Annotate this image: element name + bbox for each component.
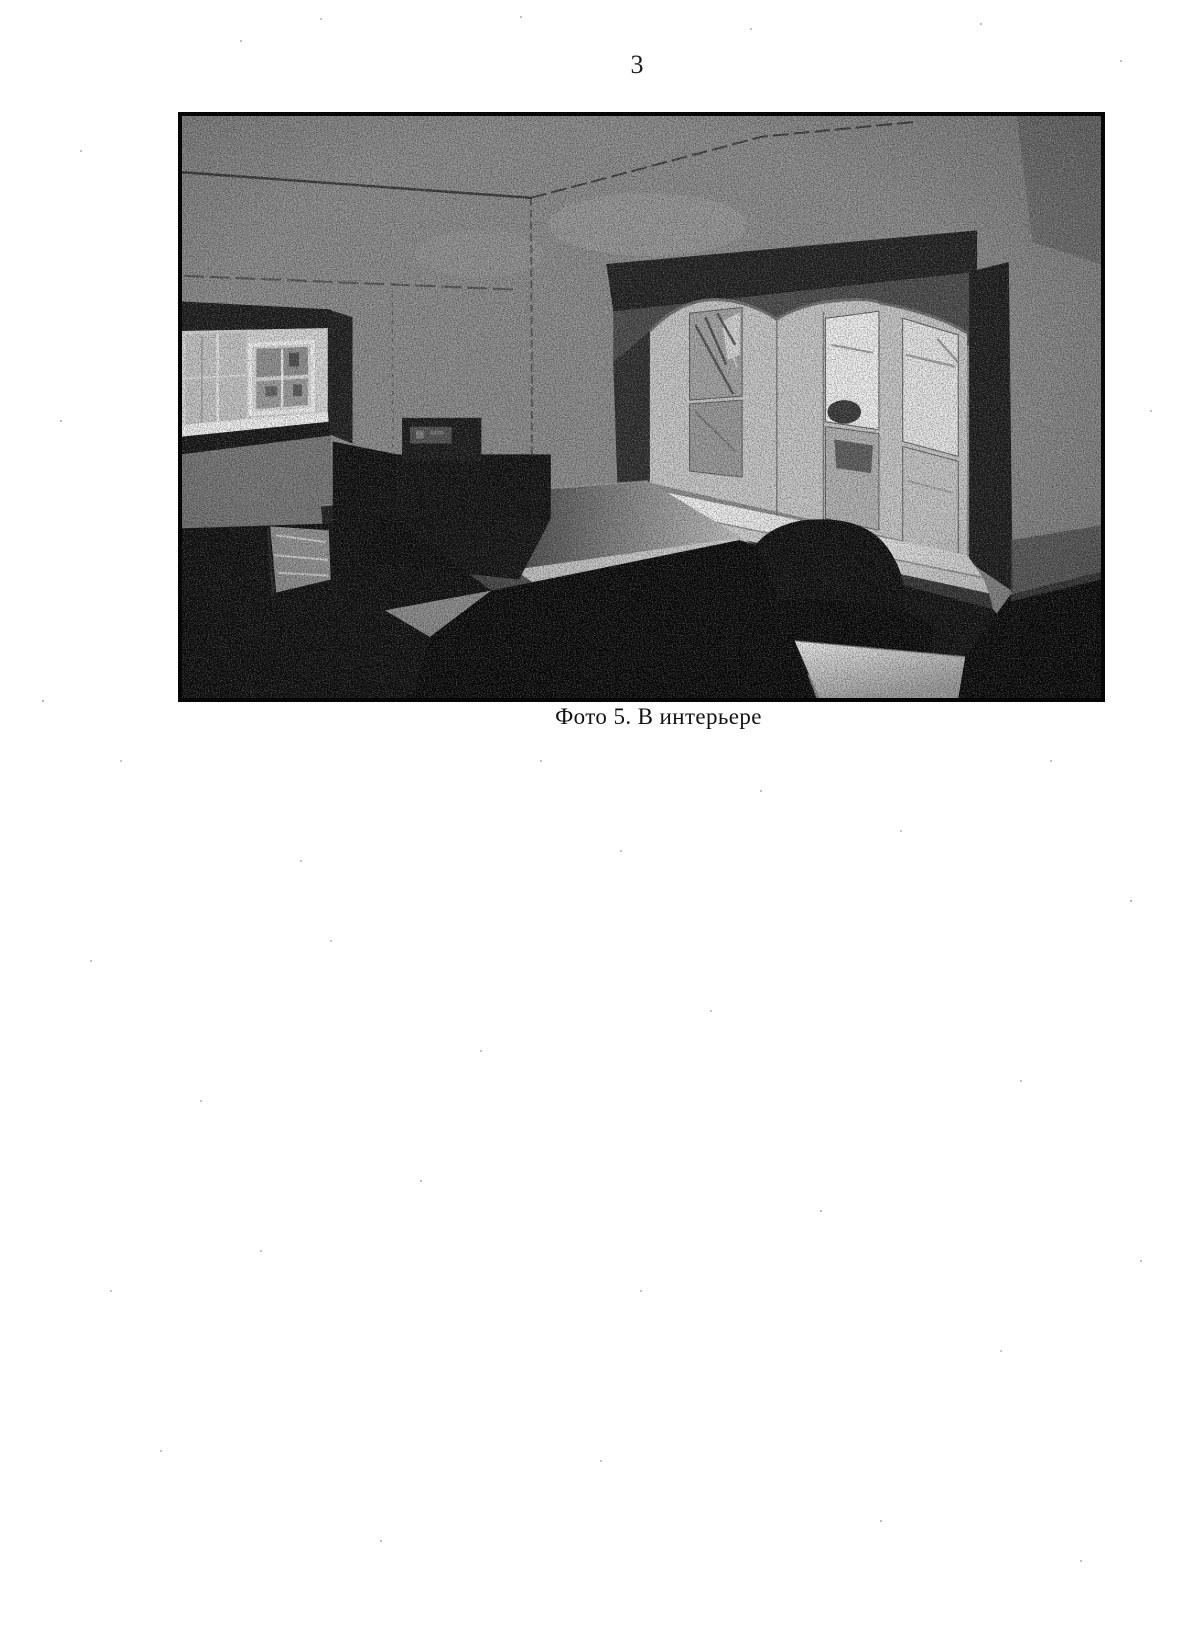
photo-figure: [178, 112, 1105, 702]
document-page: 3: [0, 0, 1200, 1630]
photo-caption: Фото 5. В интерьере: [178, 703, 1105, 731]
interior-photo: [182, 116, 1101, 698]
grain-light: [182, 116, 1101, 698]
page-number: 3: [597, 50, 677, 80]
